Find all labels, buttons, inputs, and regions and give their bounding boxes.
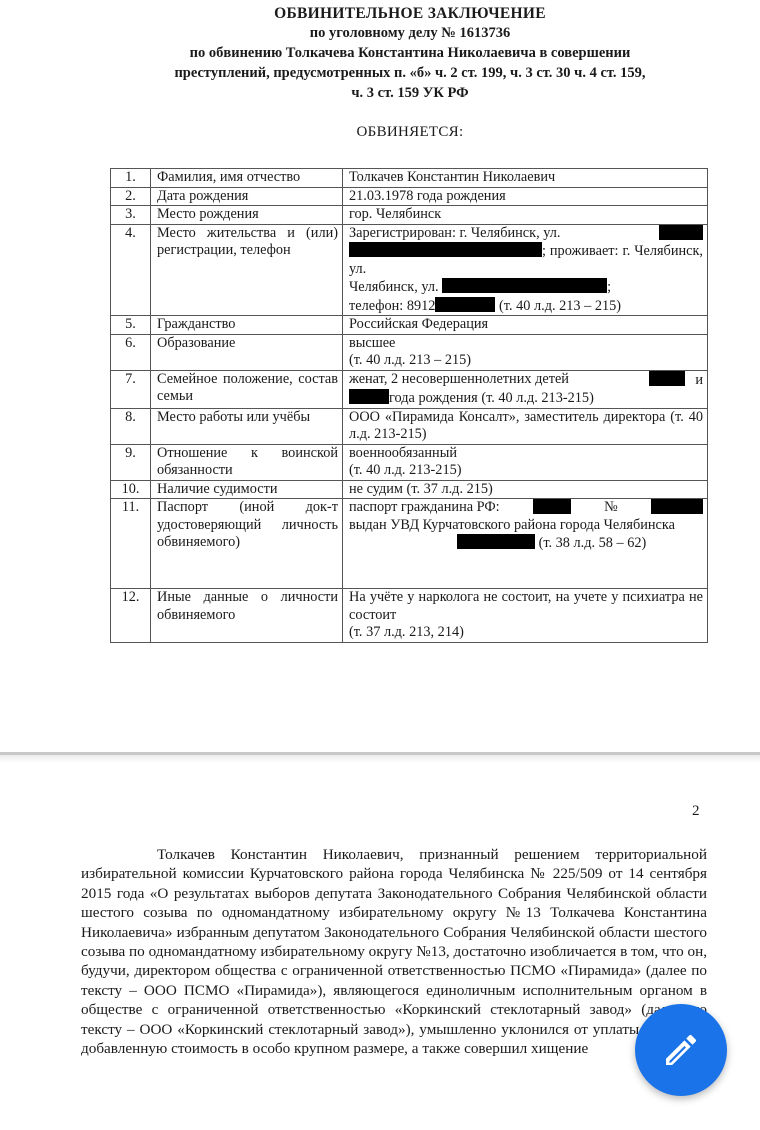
table-row: 10. Наличие судимости не судим (т. 37 л.…	[111, 480, 708, 499]
table-row: 1. Фамилия, имя отчество Толкачев Конста…	[111, 169, 708, 188]
table-row: 12. Иные данные о личности обвиняемого Н…	[111, 589, 708, 643]
row-value: Зарегистрирован: г. Челябинск, ул. ; про…	[343, 224, 708, 316]
row-value: Российская Федерация	[343, 316, 708, 335]
value-text: паспорт гражданина РФ:	[349, 499, 500, 517]
table-row: 4. Место жительства и (или) регистрации,…	[111, 224, 708, 316]
row-number: 1.	[111, 169, 151, 188]
table-row: 7. Семейное положение, состав семьи жена…	[111, 370, 708, 408]
row-label: Дата рождения	[151, 187, 343, 206]
value-text: женат, 2 несовершеннолетних детей	[349, 371, 569, 390]
row-value: 21.03.1978 года рождения	[343, 187, 708, 206]
value-text: (т. 40 л.д. 213 – 215)	[499, 298, 621, 314]
pencil-icon	[661, 1030, 701, 1070]
row-label: Место работы или учёбы	[151, 408, 343, 444]
page-divider-shadow	[0, 755, 760, 763]
row-value: Толкачев Константин Николаевич	[343, 169, 708, 188]
value-text: (т. 38 л.д. 58 – 62)	[539, 535, 647, 551]
row-label: Иные данные о личности обвиняемого	[151, 589, 343, 643]
row-label: Паспорт (иной док-т удостоверяющий лично…	[151, 499, 343, 589]
table-row: 5. Гражданство Российская Федерация	[111, 316, 708, 335]
row-value: высшее (т. 40 л.д. 213 – 215)	[343, 334, 708, 370]
row-number: 6.	[111, 334, 151, 370]
row-number: 12.	[111, 589, 151, 643]
redaction	[659, 225, 703, 240]
title-articles-line-2: ч. 3 ст. 159 УК РФ	[100, 83, 720, 103]
row-value: гор. Челябинск	[343, 206, 708, 225]
row-number: 7.	[111, 370, 151, 408]
value-text: и	[695, 372, 703, 388]
accused-info-table: 1. Фамилия, имя отчество Толкачев Конста…	[110, 168, 708, 643]
value-text: №	[604, 499, 618, 517]
row-value: не судим (т. 37 л.д. 215)	[343, 480, 708, 499]
paragraph: Толкачев Константин Николаевич, признанн…	[81, 845, 707, 1058]
row-number: 2.	[111, 187, 151, 206]
value-text: (т. 40 л.д. 213-215)	[349, 462, 703, 480]
row-number: 10.	[111, 480, 151, 499]
value-text: военнообязанный	[349, 445, 703, 463]
value-text: На учёте у нарколога не состоит, на учет…	[349, 589, 703, 624]
document-page-1: ОБВИНИТЕЛЬНОЕ ЗАКЛЮЧЕНИЕ по уголовному д…	[0, 0, 760, 752]
row-label: Место рождения	[151, 206, 343, 225]
body-text: Толкачев Константин Николаевич, признанн…	[81, 845, 707, 1058]
row-label: Семейное положение, состав семьи	[151, 370, 343, 408]
row-label: Место жительства и (или) регистрации, те…	[151, 224, 343, 316]
row-number: 3.	[111, 206, 151, 225]
row-value: женат, 2 несовершеннолетних детей и года…	[343, 370, 708, 408]
edit-fab-button[interactable]	[635, 1004, 727, 1096]
value-text: телефон: 8912	[349, 298, 435, 314]
page-number: 2	[692, 803, 700, 820]
row-label: Наличие судимости	[151, 480, 343, 499]
value-text: выдан УВД Курчатовского района города Че…	[349, 517, 703, 535]
redaction	[649, 371, 685, 386]
row-label: Образование	[151, 334, 343, 370]
document-title: ОБВИНИТЕЛЬНОЕ ЗАКЛЮЧЕНИЕ по уголовному д…	[100, 4, 720, 103]
row-number: 5.	[111, 316, 151, 335]
value-text: (т. 40 л.д. 213 – 215)	[349, 352, 703, 370]
redaction	[435, 297, 495, 312]
value-text: Зарегистрирован: г. Челябинск, ул.	[349, 225, 560, 243]
row-label: Гражданство	[151, 316, 343, 335]
accused-heading: ОБВИНЯЕТСЯ:	[100, 124, 720, 141]
case-number: по уголовному делу № 1613736	[100, 23, 720, 43]
value-text: Челябинск, ул.	[349, 279, 442, 295]
row-number: 9.	[111, 444, 151, 480]
redaction	[349, 389, 389, 404]
row-number: 8.	[111, 408, 151, 444]
table-row: 3. Место рождения гор. Челябинск	[111, 206, 708, 225]
redaction	[651, 499, 703, 514]
redaction	[349, 242, 542, 257]
table-row: 6. Образование высшее (т. 40 л.д. 213 – …	[111, 334, 708, 370]
row-value: военнообязанный (т. 40 л.д. 213-215)	[343, 444, 708, 480]
table-row: 2. Дата рождения 21.03.1978 года рождени…	[111, 187, 708, 206]
value-text: (т. 37 л.д. 213, 214)	[349, 624, 703, 642]
row-value: паспорт гражданина РФ:№ выдан УВД Курчат…	[343, 499, 708, 589]
redaction	[442, 278, 607, 293]
row-label: Отношение к воинской обязанности	[151, 444, 343, 480]
table-row: 8. Место работы или учёбы ООО «Пирамида …	[111, 408, 708, 444]
title-accusation-line: по обвинению Толкачева Константина Никол…	[100, 43, 720, 63]
table-row: 11. Паспорт (иной док-т удостоверяющий л…	[111, 499, 708, 589]
value-text: высшее	[349, 335, 703, 353]
title-articles-line: преступлений, предусмотренных п. «б» ч. …	[100, 63, 720, 83]
title-main: ОБВИНИТЕЛЬНОЕ ЗАКЛЮЧЕНИЕ	[100, 4, 720, 23]
row-number: 11.	[111, 499, 151, 589]
row-value: На учёте у нарколога не состоит, на учет…	[343, 589, 708, 643]
redaction	[533, 499, 571, 514]
value-text: года рождения (т. 40 л.д. 213-215)	[389, 390, 594, 406]
table-row: 9. Отношение к воинской обязанности воен…	[111, 444, 708, 480]
row-label: Фамилия, имя отчество	[151, 169, 343, 188]
redaction	[457, 534, 535, 549]
row-value: ООО «Пирамида Консалт», заместитель дире…	[343, 408, 708, 444]
value-text: ;	[607, 279, 611, 295]
row-number: 4.	[111, 224, 151, 316]
